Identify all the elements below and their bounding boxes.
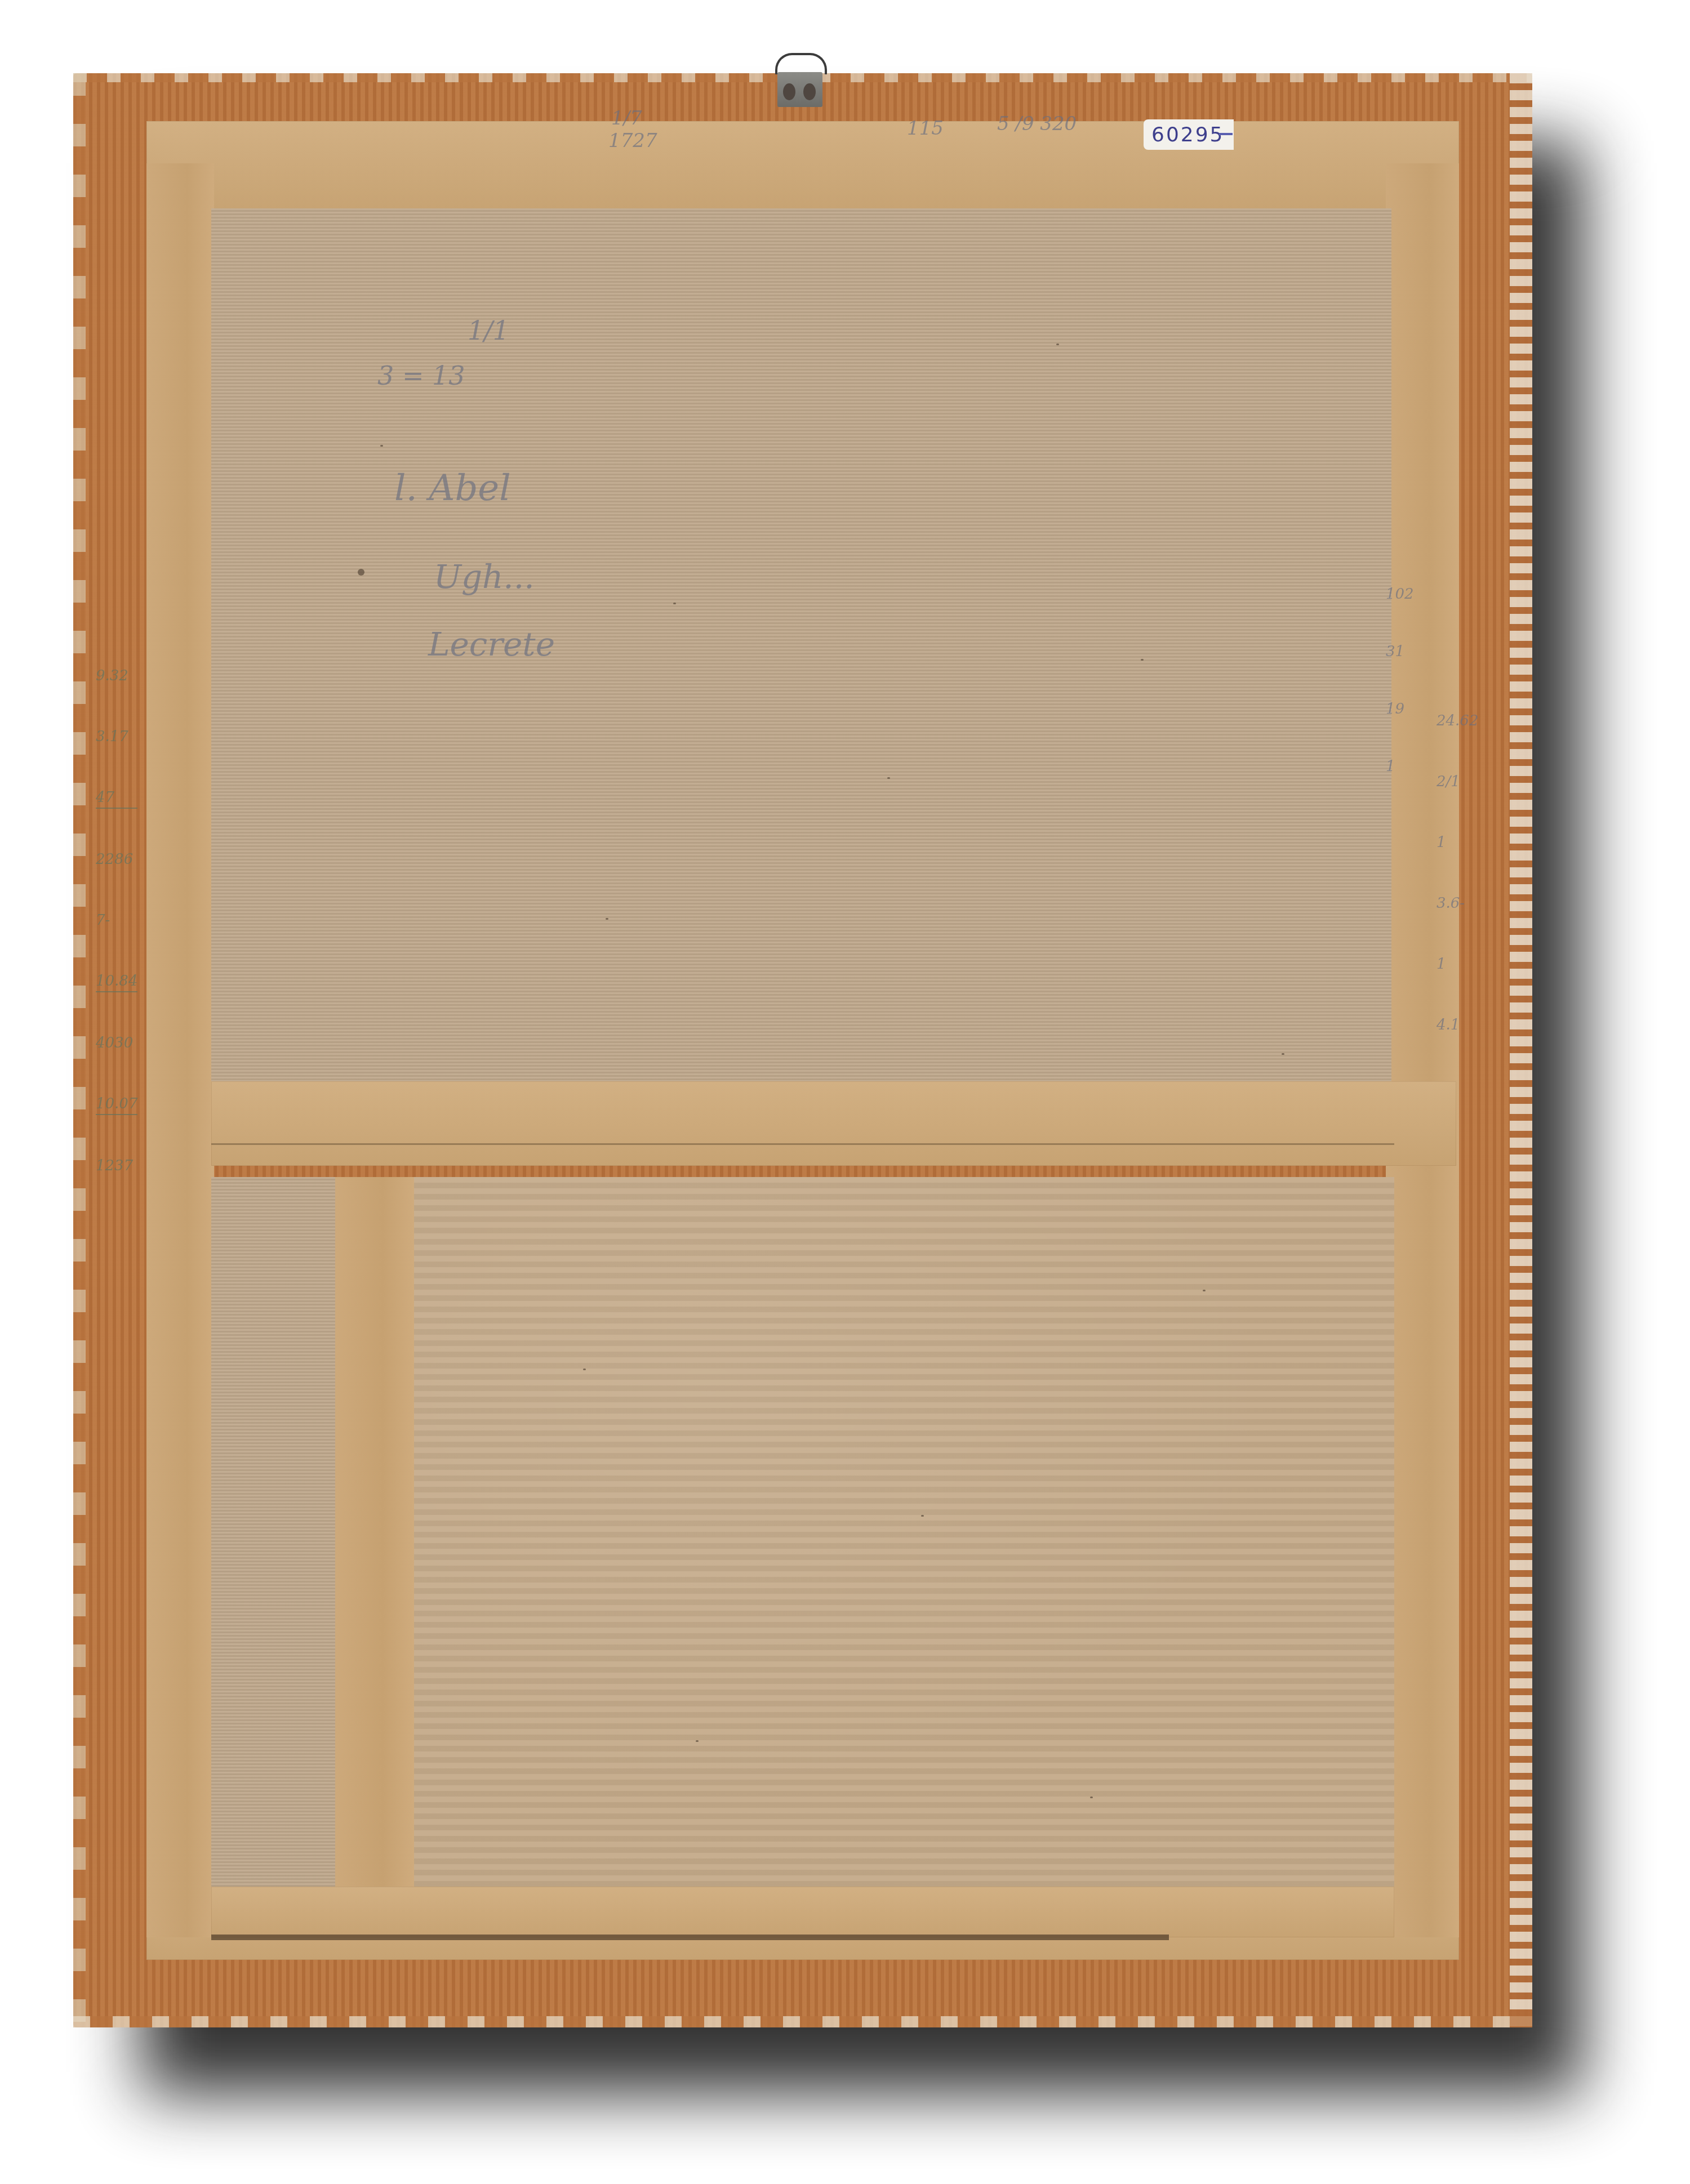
pencil-top-rail-left-2: 1727 [608, 130, 657, 152]
pencil-top-rail-left-1: 1/7 [611, 107, 642, 130]
sawtooth-hanger-icon [777, 72, 822, 107]
inventory-number: 60295 [1151, 123, 1225, 146]
hanger-rivet-left [783, 83, 795, 100]
tape-left [146, 163, 214, 1937]
tape-bottom-inner [211, 1887, 1394, 1937]
cardboard-strip-lower-left [211, 1177, 335, 1909]
cardboard-panel-lower [414, 1177, 1394, 1887]
pencil-board-mark-1: 1/1 [468, 315, 509, 346]
tape-middle-horizontal [211, 1081, 1456, 1166]
tape-seam [211, 1143, 1394, 1145]
pencil-board-line-2: Ugh... [434, 558, 535, 596]
hanger-rivet-right [803, 83, 816, 100]
frame-left-edge-chipped-paint [73, 73, 86, 2027]
frame-bottom-edge-chipped-paint [73, 2016, 1532, 2027]
frame-right-edge-chipped-paint [1510, 73, 1532, 2027]
tape-top [146, 121, 1459, 211]
pencil-board-line-3: Lecrete [428, 625, 555, 663]
pencil-board-line-1: l. Abel [394, 467, 511, 509]
pencil-board-mark-2: 3 = 13 [377, 360, 465, 391]
pencil-right-column-lower: 24.62 2/1 1 3.6- 1 4.1 [1436, 670, 1478, 1076]
tape-tear-gap [211, 1935, 1169, 1940]
arrow-left-icon [1219, 133, 1233, 135]
hanger-wire-loop [775, 53, 827, 74]
pencil-left-column: 9.32 3.17 47 2286 7- 10.84 4030 10.07 12… [96, 625, 137, 1216]
cardboard-panel-upper [211, 208, 1391, 1155]
pencil-top-rail-mid: 115 [907, 117, 944, 140]
picture-frame: 1/7 1727 115 5 /9 320 1/1 3 = 13 l. Abel… [73, 73, 1532, 2027]
inventory-label: 60295 [1144, 119, 1234, 150]
pencil-top-rail-right: 5 /9 320 [997, 113, 1077, 135]
pencil-right-column-upper: 102 31 19 1 [1386, 546, 1414, 814]
tape-lower-vertical [335, 1177, 414, 1909]
